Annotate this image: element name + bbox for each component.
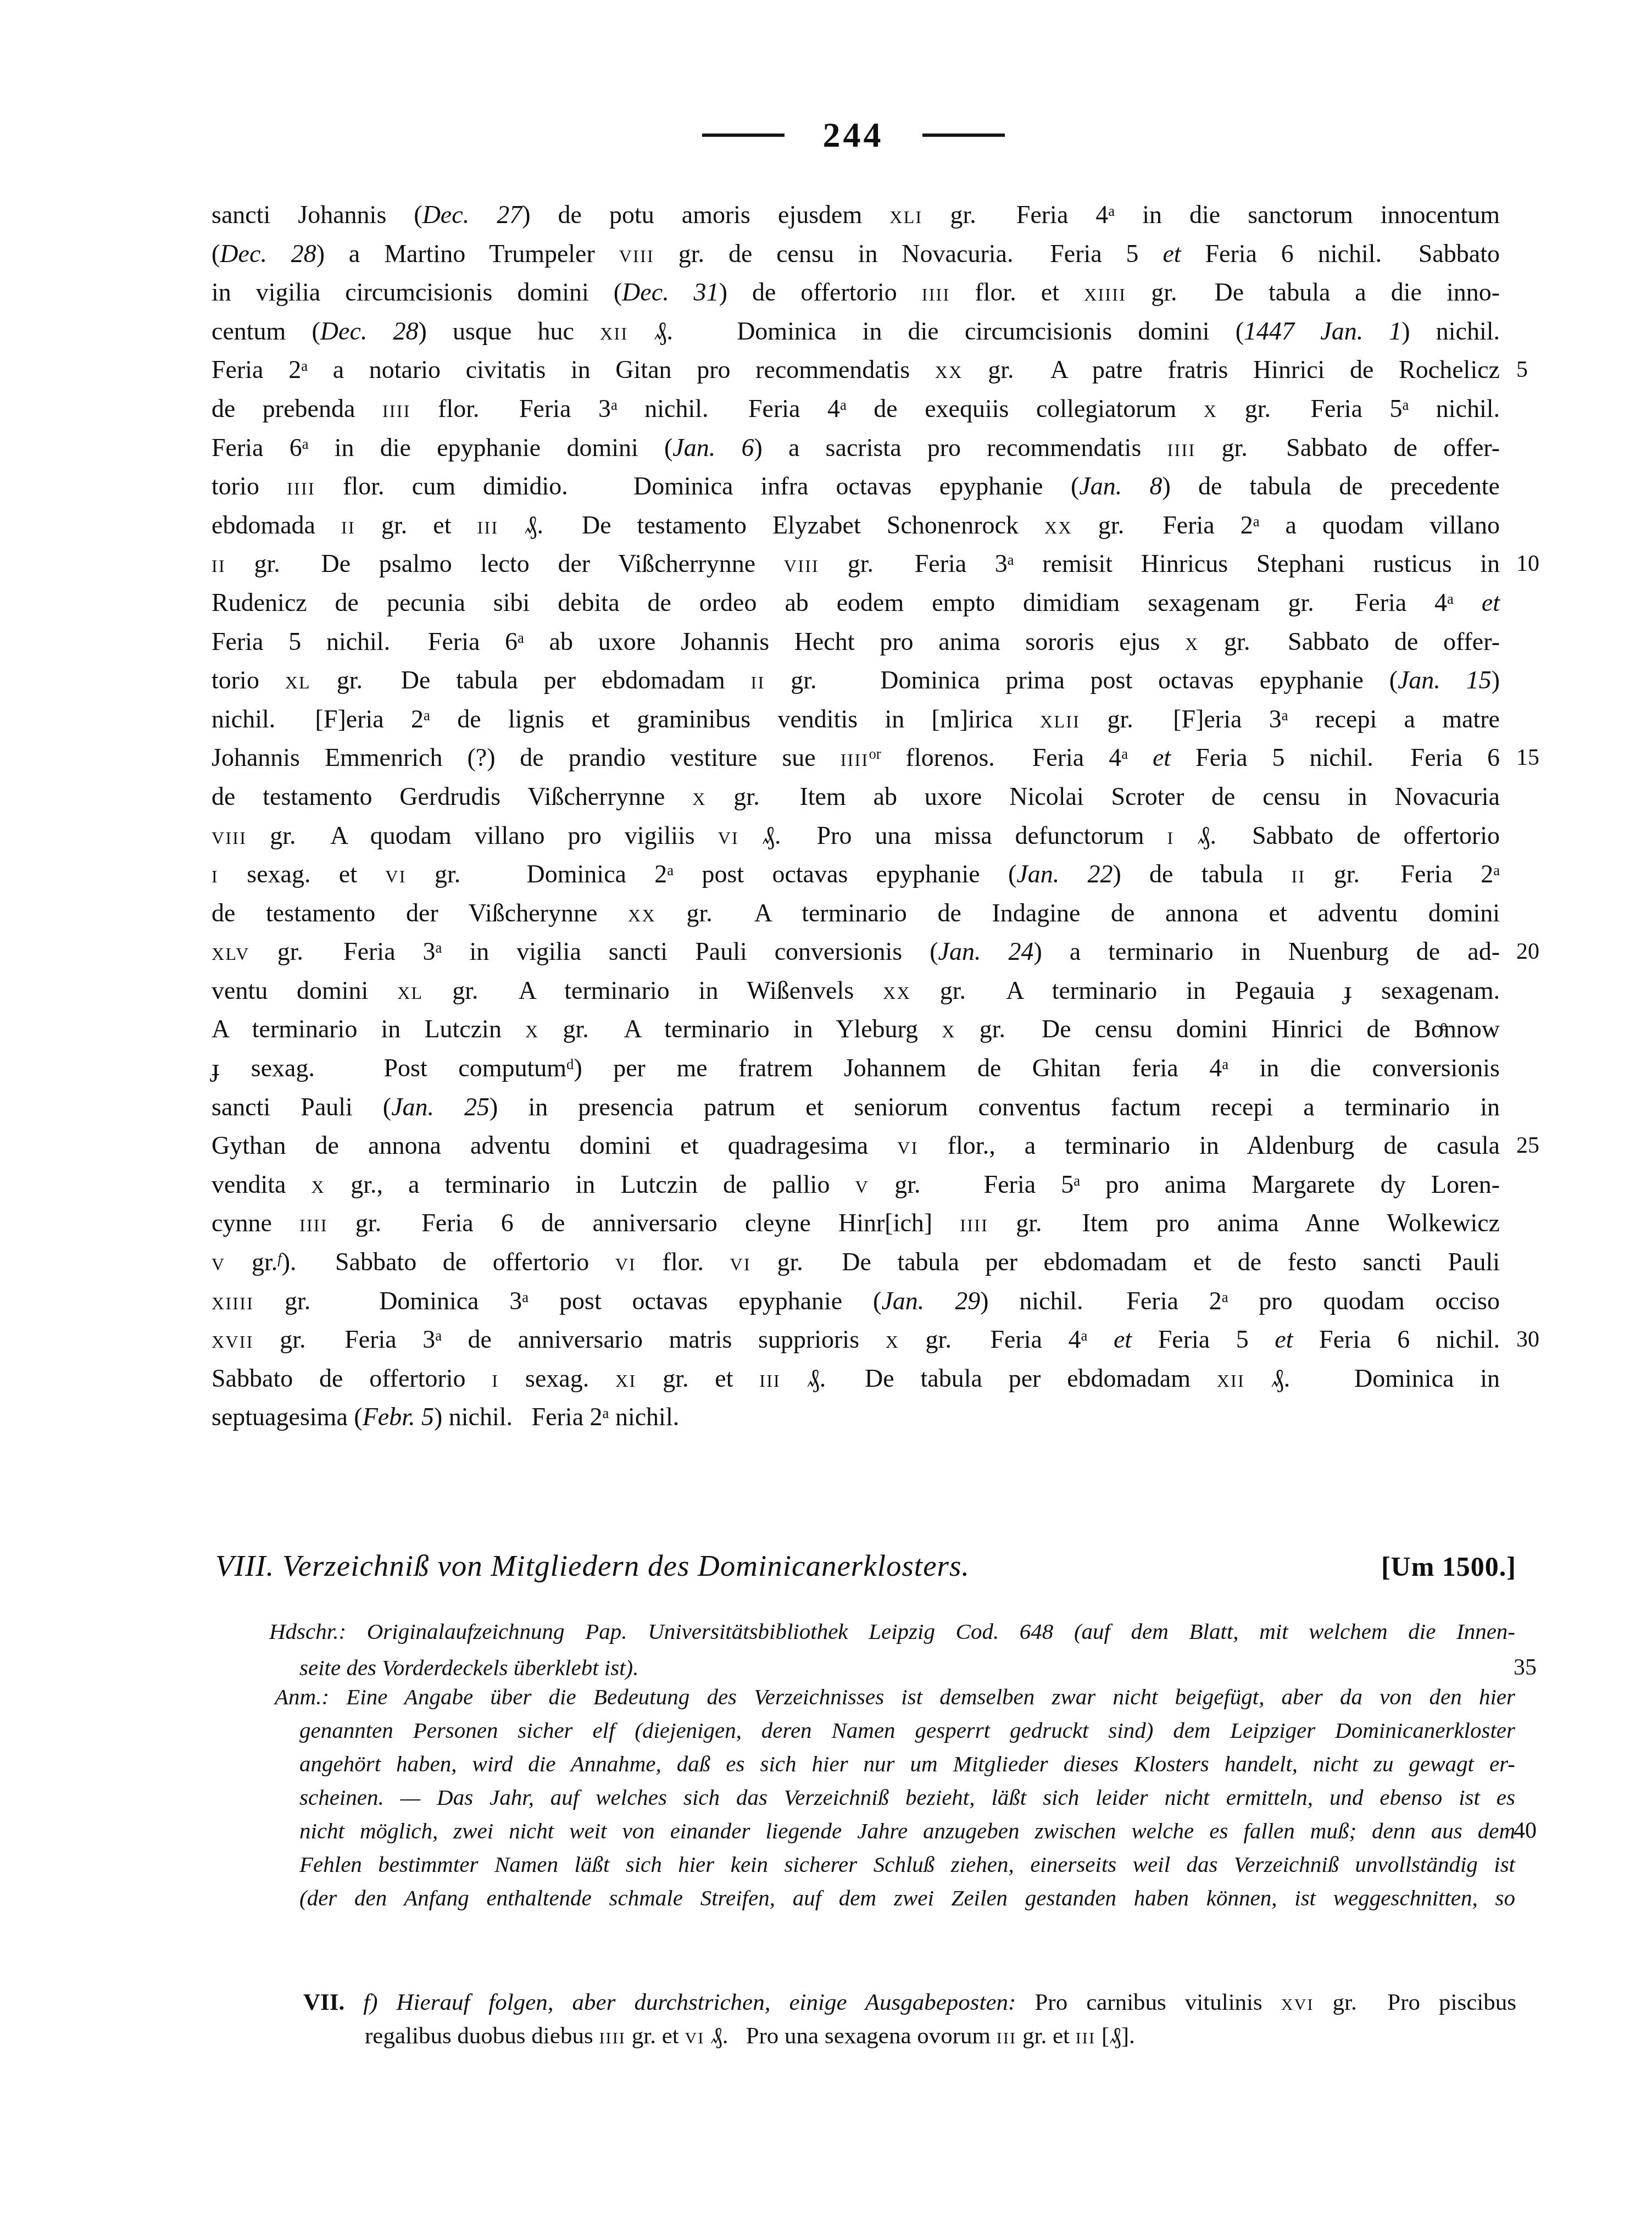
text-segment: ii bbox=[212, 549, 226, 577]
text-segment: xi bbox=[615, 1364, 636, 1392]
text-segment: Feria 6 bbox=[212, 434, 302, 462]
text-segment: viii bbox=[212, 821, 247, 849]
text-segment: ₰. Pro una missa defunctorum bbox=[739, 821, 1167, 849]
text-segment: iii bbox=[997, 2023, 1016, 2049]
text-segment: cynne bbox=[212, 1209, 299, 1237]
text-line: nichil. [F]eria 2a de lignis et graminib… bbox=[212, 700, 1500, 739]
text-segment: nichil. bbox=[609, 1403, 679, 1431]
text-segment: centum ( bbox=[212, 317, 320, 345]
text-segment: flor. bbox=[636, 1248, 730, 1276]
text-segment: (der den Anfang enthaltende schmale Stre… bbox=[299, 1885, 1515, 1910]
text-segment: a bbox=[1282, 707, 1288, 723]
text-segment: xii bbox=[1217, 1364, 1245, 1392]
text-segment: in die epyphanie domini ( bbox=[309, 434, 673, 462]
text-segment: flor., a terminario in Aldenburg de casu… bbox=[919, 1131, 1500, 1159]
text-segment: ( bbox=[212, 240, 220, 268]
text-segment: remisit Hinricus Stephani rusticus in bbox=[1014, 549, 1500, 577]
text-segment: a bbox=[1081, 1327, 1088, 1344]
text-segment: de anniversario matris supprioris bbox=[442, 1325, 886, 1353]
text-line: Gythan de annona adventu domini et quadr… bbox=[212, 1126, 1500, 1165]
text-segment: v bbox=[212, 1248, 225, 1276]
text-line: nicht möglich, zwei nicht weit von einan… bbox=[275, 1814, 1515, 1848]
line-number: 35 bbox=[1514, 1649, 1537, 1686]
text-segment: gr. Dominica 2 bbox=[407, 860, 668, 888]
text-segment: flor. et bbox=[950, 278, 1084, 306]
text-segment: de exequiis collegiatorum bbox=[847, 394, 1204, 423]
text-line: Johannis Emmenrich (?) de prandio vestit… bbox=[212, 738, 1500, 777]
text-segment: Jan. 24 bbox=[938, 937, 1034, 965]
text-segment: viii bbox=[784, 549, 819, 577]
text-segment: Feria 6 nichil. Sabbato bbox=[1181, 240, 1500, 268]
text-segment: vi bbox=[615, 1248, 636, 1276]
text-segment: gr. bbox=[225, 1248, 277, 1276]
text-segment: xl bbox=[397, 976, 423, 1004]
text-segment: gr. A terminario de Indagine de annona e… bbox=[656, 899, 1500, 927]
text-line: centum (Dec. 28) usque huc xii ₰. Domini… bbox=[212, 312, 1500, 351]
text-line: Fehlen bestimmter Namen läßt sich hier k… bbox=[275, 1848, 1515, 1881]
text-segment: vi bbox=[730, 1248, 751, 1276]
text-segment: iii bbox=[759, 1364, 781, 1392]
text-segment: Rudenicz de pecunia sibi debita de ordeo… bbox=[212, 588, 1447, 616]
text-line: ii gr. De psalmo lecto der Vißcherrynne … bbox=[212, 544, 1500, 583]
text-line: Feria 2a a notario civitatis in Gitan pr… bbox=[212, 351, 1500, 390]
text-line: genannten Personen sicher elf (diejenige… bbox=[275, 1714, 1515, 1747]
text-segment: nicht möglich, zwei nicht weit von einan… bbox=[299, 1818, 1515, 1843]
text-segment: d bbox=[566, 1056, 574, 1072]
page-header: 244 bbox=[579, 118, 1128, 153]
text-line: i sexag. et vi gr. Dominica 2a post octa… bbox=[212, 855, 1500, 894]
text-segment: iiii bbox=[841, 743, 869, 771]
text-segment: a bbox=[518, 629, 524, 646]
text-segment: gr. et bbox=[1016, 2023, 1075, 2049]
text-segment: v bbox=[855, 1170, 869, 1198]
text-segment: gr. et bbox=[636, 1364, 759, 1392]
text-segment: iiii bbox=[1167, 434, 1196, 462]
text-segment: f bbox=[277, 1250, 281, 1266]
text-segment: Pro carnibus vitulinis bbox=[1016, 1990, 1281, 2015]
text-segment: Dec. 31 bbox=[622, 278, 719, 306]
text-segment: iiii bbox=[299, 1209, 328, 1237]
text-segment: ) de tabula bbox=[1113, 860, 1292, 888]
text-line: sancti Pauli (Jan. 25) in presencia patr… bbox=[212, 1088, 1500, 1127]
text-segment: sancti Johannis ( bbox=[212, 201, 422, 229]
text-segment: ₰. Sabbato de offertorio bbox=[1175, 821, 1500, 849]
text-segment: Jan. 25 bbox=[391, 1093, 490, 1121]
text-segment: gr. Feria 3 bbox=[254, 1325, 435, 1353]
text-segment: gr. Feria 5 bbox=[1217, 394, 1402, 423]
text-segment: iiii bbox=[922, 278, 950, 306]
text-line: vendita x gr., a terminario in Lutczin d… bbox=[212, 1165, 1500, 1204]
text-segment: ii bbox=[341, 511, 355, 539]
text-segment: recepi a matre bbox=[1288, 705, 1500, 733]
text-segment: a bbox=[667, 862, 674, 879]
text-segment: a bbox=[611, 397, 618, 413]
text-segment: a bbox=[1222, 1288, 1228, 1305]
text-segment: ) de potu amoris ejusdem bbox=[522, 201, 889, 229]
text-segment: xx bbox=[935, 355, 963, 384]
text-segment: post octavas epyphanie ( bbox=[529, 1287, 881, 1315]
text-segment: Feria 5 nichil. Feria 6 bbox=[1171, 743, 1500, 771]
text-line: Rudenicz de pecunia sibi debita de ordeo… bbox=[212, 583, 1500, 623]
text-segment: xli bbox=[889, 201, 922, 229]
text-segment: xii bbox=[600, 317, 628, 345]
text-line: torio iiii flor. cum dimidio. Dominica i… bbox=[212, 467, 1500, 506]
text-segment: gr. Dominica 3 bbox=[254, 1287, 522, 1315]
line-number: 5 bbox=[1516, 351, 1528, 390]
text-line: de testamento der Vißcherynne xx gr. A t… bbox=[212, 894, 1500, 933]
text-segment: Dec. 28 bbox=[320, 317, 419, 345]
text-segment: gr. De tabula a die inno- bbox=[1126, 278, 1500, 306]
text-segment: gr. Sabbato de offer- bbox=[1195, 434, 1500, 462]
text-segment: gr. Item pro anima Anne Wolkewicz bbox=[988, 1209, 1500, 1237]
line-number: 15 bbox=[1516, 738, 1539, 777]
text-segment: Jan. 8 bbox=[1079, 472, 1162, 500]
header-rule-left bbox=[702, 134, 785, 137]
text-segment: pro anima Margarete dy Loren- bbox=[1080, 1170, 1500, 1198]
line-number: 40 bbox=[1514, 1814, 1537, 1848]
text-segment: ) per me fratrem Johannem de Ghitan feri… bbox=[574, 1054, 1222, 1082]
line-number: 30 bbox=[1516, 1320, 1539, 1359]
text-segment: gr. Feria 2 bbox=[1072, 511, 1253, 539]
text-line: (Dec. 28) a Martino Trumpeler viii gr. d… bbox=[212, 235, 1500, 274]
text-segment bbox=[1454, 588, 1482, 616]
hdschr-block: Hdschr.: Originalaufzeichnung Pap. Unive… bbox=[269, 1613, 1515, 1686]
text-segment bbox=[1128, 743, 1153, 771]
text-line: ventu domini xl gr. A terminario in Wiße… bbox=[212, 971, 1500, 1010]
text-segment: gr. et bbox=[355, 511, 477, 539]
text-segment: a bbox=[1493, 862, 1500, 879]
text-segment: xlv bbox=[212, 937, 250, 965]
text-segment: Johannis Emmenrich (?) de prandio vestit… bbox=[212, 743, 841, 771]
page-number: 244 bbox=[823, 118, 884, 153]
text-segment: ₰. Pro una sexagena ovorum bbox=[704, 2023, 996, 2049]
text-line: regalibus duobus diebus iiii gr. et vi ₰… bbox=[303, 2019, 1516, 2053]
line-number: 10 bbox=[1516, 544, 1539, 583]
text-line: Hdschr.: Originalaufzeichnung Pap. Unive… bbox=[269, 1613, 1515, 1649]
text-segment: gr. A quodam villano pro vigiliis bbox=[247, 821, 717, 849]
text-segment: xx bbox=[883, 976, 911, 1004]
text-segment: gr. et bbox=[626, 2023, 685, 2049]
text-segment: viii bbox=[619, 240, 654, 268]
text-segment: ₰. Dominica in die circumcisionis domini… bbox=[628, 317, 1244, 345]
text-segment: vendita bbox=[212, 1170, 312, 1198]
text-segment: xiiii bbox=[1084, 278, 1126, 306]
text-segment: xlii bbox=[1040, 705, 1080, 733]
text-line: de testamento Gerdrudis Vißcherrynne x g… bbox=[212, 777, 1500, 816]
text-line: v gr.f). Sabbato de offertorio vi flor. … bbox=[212, 1243, 1500, 1282]
text-segment: ) nichil. Feria 2 bbox=[434, 1403, 603, 1431]
text-segment: a bbox=[435, 1327, 442, 1344]
text-line: (der den Anfang enthaltende schmale Stre… bbox=[275, 1881, 1515, 1915]
text-segment: gr. De tabula per ebdomadam et de festo … bbox=[751, 1248, 1500, 1276]
text-segment: a bbox=[1108, 203, 1115, 219]
text-segment: i bbox=[492, 1364, 499, 1392]
text-segment: xl bbox=[285, 666, 311, 694]
text-line: scheinen. — Das Jahr, auf welches sich d… bbox=[275, 1781, 1515, 1814]
text-segment: seite des Vorderdeckels überklebt ist). bbox=[299, 1655, 638, 1680]
line-number: 25 bbox=[1516, 1126, 1539, 1165]
text-segment: Jan. 29 bbox=[881, 1287, 980, 1315]
text-segment: torio bbox=[212, 472, 287, 500]
text-segment: gr. Feria 2 bbox=[1305, 860, 1493, 888]
text-segment: iiii bbox=[382, 394, 411, 423]
line-number: 20 bbox=[1516, 932, 1539, 971]
text-segment: ₰. Dominica in bbox=[1245, 1364, 1500, 1392]
text-segment: in die sanctorum innocentum bbox=[1115, 201, 1500, 229]
text-segment: vi bbox=[897, 1131, 918, 1159]
text-segment: x bbox=[942, 1015, 955, 1043]
section-heading-date: [Um 1500.] bbox=[1381, 1551, 1516, 1582]
text-line: A terminario in Lutczin x gr. A terminar… bbox=[212, 1010, 1500, 1049]
text-segment: gr. De psalmo lecto der Vißcherrynne bbox=[226, 549, 784, 577]
text-segment: Feria 2 bbox=[212, 355, 301, 384]
text-segment: gr. Sabbato de offer- bbox=[1199, 627, 1500, 655]
text-segment: iiii bbox=[287, 472, 315, 500]
text-segment: Dec. 28 bbox=[220, 240, 316, 268]
text-segment: de testamento der Vißcherynne bbox=[212, 899, 628, 927]
text-segment: xx bbox=[1044, 511, 1072, 539]
text-segment: Sabbato de offertorio bbox=[212, 1364, 492, 1392]
text-segment: ) bbox=[1492, 666, 1500, 694]
text-segment: x bbox=[886, 1325, 899, 1353]
text-segment: post octavas epyphanie ( bbox=[674, 860, 1016, 888]
text-segment: Feria 6 nichil. bbox=[1293, 1325, 1500, 1353]
text-line: Anm.: Eine Angabe über die Bedeutung des… bbox=[275, 1680, 1515, 1714]
text-segment: a bbox=[1121, 746, 1128, 762]
text-segment: ventu domini bbox=[212, 976, 397, 1004]
text-segment: vi bbox=[685, 2023, 704, 2049]
text-segment: gr. De tabula per ebdomadam bbox=[311, 666, 751, 694]
text-segment: et bbox=[1275, 1325, 1293, 1353]
section-heading: VIII. Verzeichniß von Mitgliedern des Do… bbox=[215, 1548, 1516, 1583]
text-segment: angehört haben, wird die Annahme, daß es… bbox=[299, 1751, 1515, 1776]
text-segment: a bbox=[302, 435, 309, 452]
text-segment: flor. cum dimidio. Dominica infra octava… bbox=[315, 472, 1079, 500]
text-segment: septuagesima ( bbox=[212, 1403, 363, 1431]
text-segment: gr. Feria 4 bbox=[899, 1325, 1081, 1353]
text-segment: Feria 5 nichil. Feria 6 bbox=[212, 627, 518, 655]
text-segment: sexag. bbox=[499, 1364, 615, 1392]
text-segment: ) a sacrista pro recommendatis bbox=[754, 434, 1167, 462]
text-segment: Gythan de annona adventu domini et quadr… bbox=[212, 1131, 897, 1159]
text-segment: a quodam villano bbox=[1260, 511, 1500, 539]
text-segment: x bbox=[1204, 394, 1217, 423]
text-segment: in vigilia circumcisionis domini ( bbox=[212, 278, 622, 306]
text-segment: iiii bbox=[599, 2023, 626, 2049]
text-segment: gr. Feria 5 bbox=[869, 1170, 1073, 1198]
text-segment: a bbox=[1447, 591, 1454, 607]
main-text-block: sancti Johannis (Dec. 27) de potu amoris… bbox=[212, 196, 1500, 1437]
text-segment: ) in presencia patrum et seniorum conven… bbox=[490, 1093, 1500, 1121]
text-segment: ii bbox=[1292, 860, 1306, 888]
text-segment: de lignis et graminibus venditis in [m]i… bbox=[430, 705, 1040, 733]
text-segment: regalibus duobus diebus bbox=[365, 2023, 599, 2049]
text-segment: a bbox=[424, 707, 430, 723]
text-segment: vi bbox=[718, 821, 739, 849]
text-segment: gr. A terminario in Pegauia ɟ sexagenam. bbox=[911, 976, 1500, 1004]
text-segment: iiii bbox=[960, 1209, 988, 1237]
text-segment: et bbox=[1114, 1325, 1132, 1353]
text-line: Feria 5 nichil. Feria 6a ab uxore Johann… bbox=[212, 623, 1500, 662]
text-segment: torio bbox=[212, 666, 285, 694]
text-segment: xx bbox=[628, 899, 656, 927]
text-line: torio xl gr. De tabula per ebdomadam ii … bbox=[212, 661, 1500, 700]
text-segment: [₰]. bbox=[1095, 2023, 1135, 2049]
header-rule-right bbox=[922, 134, 1005, 137]
text-segment: 1447 Jan. 1 bbox=[1244, 317, 1401, 345]
text-segment: Hdschr.: Originalaufzeichnung Pap. Unive… bbox=[269, 1619, 1515, 1644]
text-segment: Jan. 22 bbox=[1016, 860, 1113, 888]
text-segment: VII. bbox=[303, 1990, 363, 2015]
text-segment: gr. [F]eria 3 bbox=[1080, 705, 1281, 733]
text-line: Sabbato de offertorio i sexag. xi gr. et… bbox=[212, 1359, 1500, 1398]
text-segment: x bbox=[692, 782, 706, 810]
text-segment: gr. A patre fratris Hinrici de Rochelicz bbox=[963, 355, 1500, 384]
text-segment: ) de offertorio bbox=[719, 278, 922, 306]
text-segment: ) nichil. bbox=[1401, 317, 1500, 345]
text-segment: Fehlen bestimmter Namen läßt sich hier k… bbox=[299, 1852, 1515, 1877]
text-segment: nichil. bbox=[1409, 394, 1500, 423]
text-segment: gr. De censu domini Hinrici de Boͤnnow bbox=[956, 1015, 1500, 1043]
text-segment bbox=[1087, 1325, 1114, 1353]
text-segment: flor. Feria 3 bbox=[411, 394, 611, 423]
text-segment: A terminario in Lutczin bbox=[212, 1015, 525, 1043]
text-segment: nichil. [F]eria 2 bbox=[212, 705, 424, 733]
text-segment: a bbox=[436, 940, 442, 956]
text-segment: a notario civitatis in Gitan pro recomme… bbox=[308, 355, 935, 384]
text-segment: ) usque huc bbox=[419, 317, 600, 345]
text-line: xvii gr. Feria 3a de anniversario matris… bbox=[212, 1320, 1500, 1359]
footnote-block: VII. f) Hierauf folgen, aber durchstrich… bbox=[303, 1986, 1516, 2053]
text-segment: vi bbox=[385, 860, 406, 888]
text-line: VII. f) Hierauf folgen, aber durchstrich… bbox=[303, 1986, 1516, 2019]
text-segment: Febr. 5 bbox=[363, 1403, 434, 1431]
text-line: angehört haben, wird die Annahme, daß es… bbox=[275, 1747, 1515, 1781]
text-segment: gr. Feria 4 bbox=[923, 201, 1109, 229]
text-segment: a bbox=[1402, 397, 1409, 413]
text-line: septuagesima (Febr. 5) nichil. Feria 2a … bbox=[212, 1398, 1500, 1437]
text-line: xlv gr. Feria 3a in vigilia sancti Pauli… bbox=[212, 932, 1500, 971]
text-segment: x bbox=[1185, 627, 1199, 655]
text-line: cynne iiii gr. Feria 6 de anniversario c… bbox=[212, 1204, 1500, 1243]
text-segment: et bbox=[1162, 240, 1181, 268]
text-segment: a bbox=[603, 1405, 609, 1421]
text-segment: ebdomada bbox=[212, 511, 341, 539]
text-segment: a bbox=[1073, 1172, 1080, 1189]
text-segment: x bbox=[525, 1015, 539, 1043]
text-segment: ii bbox=[751, 666, 765, 694]
text-line: ebdomada ii gr. et iii ₰. De testamento … bbox=[212, 506, 1500, 545]
text-segment: et bbox=[1153, 743, 1171, 771]
text-segment: pro quodam occiso bbox=[1228, 1287, 1500, 1315]
text-segment: a bbox=[1222, 1056, 1228, 1072]
text-segment: gr. A terminario in Wißenvels bbox=[423, 976, 883, 1004]
text-segment: a bbox=[840, 397, 847, 413]
text-segment: Jan. 6 bbox=[672, 434, 754, 462]
text-segment: Jan. 15 bbox=[1398, 666, 1492, 694]
text-segment: et bbox=[1482, 588, 1500, 616]
text-segment: in vigilia sancti Pauli conversionis ( bbox=[442, 937, 938, 965]
text-line: viii gr. A quodam villano pro vigiliis v… bbox=[212, 816, 1500, 855]
text-line: in vigilia circumcisionis domini (Dec. 3… bbox=[212, 273, 1500, 312]
text-segment: ) de tabula de precedente bbox=[1162, 472, 1500, 500]
text-segment: in die conversionis bbox=[1228, 1054, 1500, 1082]
text-segment: gr. Dominica prima post octavas epyphani… bbox=[765, 666, 1397, 694]
text-segment: ₰. De testamento Elyzabet Schonenrock bbox=[498, 511, 1044, 539]
text-segment: Feria 5 bbox=[1132, 1325, 1275, 1353]
text-segment: gr. de censu in Novacuria. Feria 5 bbox=[654, 240, 1162, 268]
text-segment: ) a terminario in Nuenburg de ad- bbox=[1034, 937, 1500, 965]
text-segment: genannten Personen sicher elf (diejenige… bbox=[299, 1718, 1515, 1743]
text-segment: gr. Feria 6 de anniversario cleyne Hinr[… bbox=[328, 1209, 960, 1237]
text-segment: ) a Martino Trumpeler bbox=[316, 240, 619, 268]
text-segment: gr. Pro piscibus bbox=[1314, 1990, 1516, 2015]
text-segment: ₰. De tabula per ebdomadam bbox=[781, 1364, 1217, 1392]
text-segment: gr. Feria 3 bbox=[250, 937, 436, 965]
text-segment: xvi bbox=[1281, 1990, 1314, 2015]
text-segment: iii bbox=[1076, 2023, 1095, 2049]
text-line: sancti Johannis (Dec. 27) de potu amoris… bbox=[212, 196, 1500, 235]
text-segment: or bbox=[869, 746, 881, 762]
text-segment: iii bbox=[477, 511, 499, 539]
text-segment: ) nichil. Feria 2 bbox=[980, 1287, 1222, 1315]
text-segment: ab uxore Johannis Hecht pro anima sorori… bbox=[524, 627, 1185, 655]
text-segment: a bbox=[522, 1288, 529, 1305]
text-segment: de testamento Gerdrudis Vißcherrynne bbox=[212, 782, 692, 810]
text-segment: gr. A terminario in Yleburg bbox=[539, 1015, 942, 1043]
section-heading-title: VIII. Verzeichniß von Mitgliedern des Do… bbox=[215, 1548, 970, 1583]
text-line: Feria 6a in die epyphanie domini (Jan. 6… bbox=[212, 429, 1500, 468]
text-segment: sexag. et bbox=[219, 860, 385, 888]
text-segment: a bbox=[1253, 513, 1260, 529]
text-segment: Dec. 27 bbox=[422, 201, 522, 229]
text-segment: f) Hierauf folgen, aber durchstrichen, e… bbox=[363, 1990, 1016, 2015]
text-segment: scheinen. — Das Jahr, auf welches sich d… bbox=[299, 1785, 1515, 1810]
text-segment: Anm.: Eine Angabe über die Bedeutung des… bbox=[275, 1684, 1515, 1709]
anm-block: Anm.: Eine Angabe über die Bedeutung des… bbox=[275, 1680, 1515, 1915]
text-segment: ɟ sexag. Post computum bbox=[212, 1054, 566, 1082]
text-segment: a bbox=[1008, 552, 1014, 568]
text-segment: de prebenda bbox=[212, 394, 382, 423]
text-segment: x bbox=[312, 1170, 325, 1198]
text-segment: nichil. Feria 4 bbox=[618, 394, 840, 423]
text-segment: i bbox=[212, 860, 219, 888]
text-line: de prebenda iiii flor. Feria 3a nichil. … bbox=[212, 390, 1500, 429]
text-segment: a bbox=[301, 358, 308, 374]
text-segment: i bbox=[1167, 821, 1175, 849]
text-segment: gr. Feria 3 bbox=[819, 549, 1008, 577]
text-segment: xiiii bbox=[212, 1287, 254, 1315]
text-segment: florenos. Feria 4 bbox=[881, 743, 1121, 771]
text-segment: gr., a terminario in Lutczin de pallio bbox=[325, 1170, 855, 1198]
text-segment: ). Sabbato de offertorio bbox=[282, 1248, 615, 1276]
text-segment: sancti Pauli ( bbox=[212, 1093, 391, 1121]
text-segment: gr. Item ab uxore Nicolai Scroter de cen… bbox=[707, 782, 1500, 810]
text-segment: xvii bbox=[212, 1325, 254, 1353]
text-line: xiiii gr. Dominica 3a post octavas epyph… bbox=[212, 1282, 1500, 1321]
text-line: ɟ sexag. Post computumd) per me fratrem … bbox=[212, 1049, 1500, 1088]
